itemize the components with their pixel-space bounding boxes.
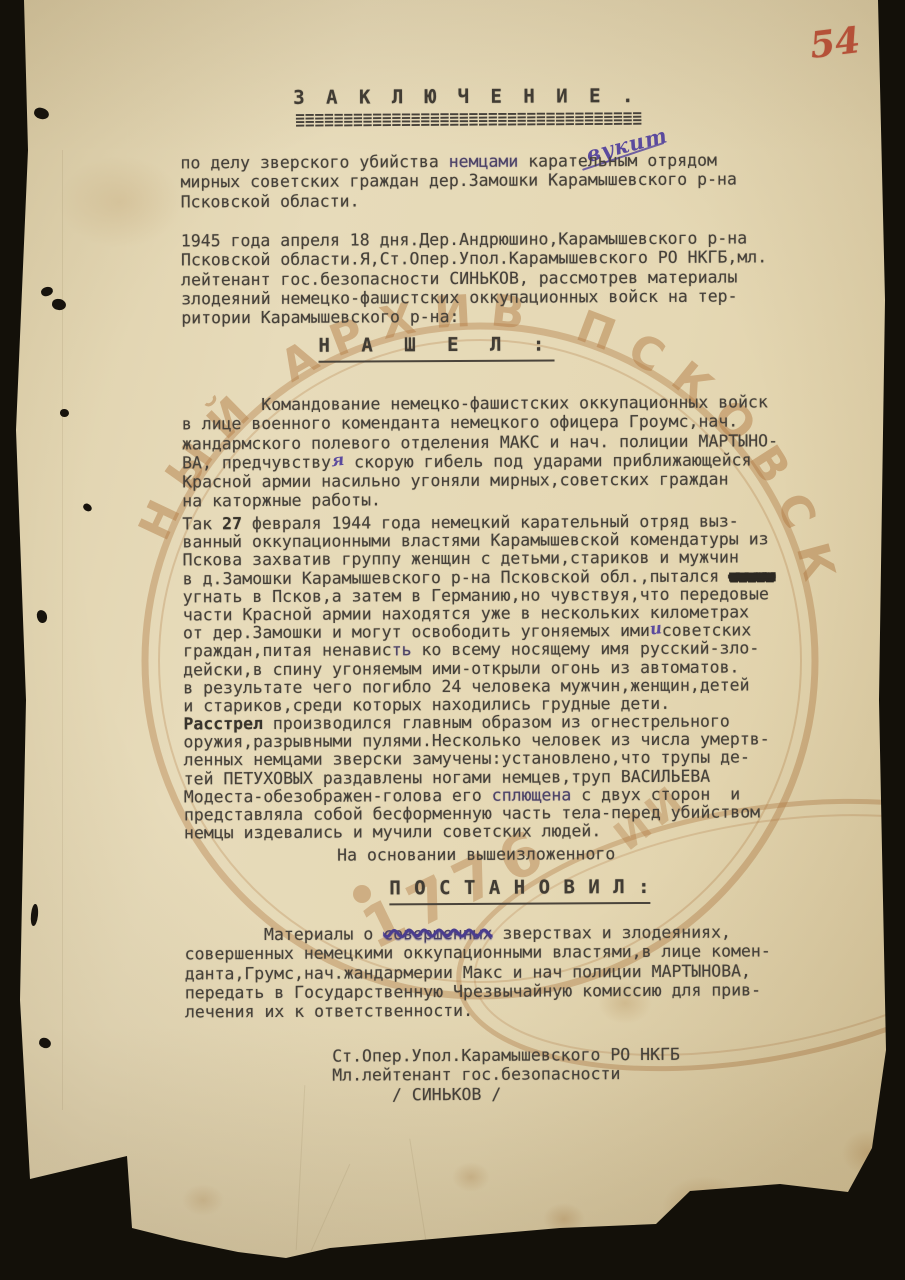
- text-line: злодеяний немецко-фашистских оккупационн…: [181, 286, 767, 308]
- ink-correction: я: [330, 450, 345, 471]
- typewritten-text-layer: З А К Л Ю Ч Е Н И Е . ==================…: [0, 0, 905, 1280]
- emphasized-text: Расстрел: [183, 714, 263, 733]
- paragraph-findings-1: Командование немецко-фашистских оккупаци…: [182, 392, 779, 511]
- text-line: совершенных немецкими оккупационными вла…: [185, 942, 771, 964]
- ink-correction: и: [649, 619, 663, 639]
- emphasized-text: 27: [222, 514, 242, 533]
- emphasized-text: немцами: [449, 152, 519, 171]
- text-line: Псковской области.Я,Ст.Опер.Упол.Карамыш…: [181, 248, 767, 270]
- title-underline-row: ====================================: [295, 118, 642, 127]
- text-line: лечения их к ответственности.: [185, 1000, 771, 1022]
- emphasized-text: сплющена: [492, 785, 572, 804]
- title-underline: ==================================== ===…: [295, 111, 642, 127]
- paragraph-preamble: 1945 года апреля 18 дня.Дер.Андрюшино,Ка…: [181, 228, 768, 328]
- signature-block: Ст.Опер.Упол.Карамышевского РО НКГБМл.ле…: [332, 1045, 680, 1105]
- typed-strikeout: шшшшш: [729, 566, 774, 585]
- emphasized-text: ть: [392, 641, 412, 660]
- heading-postanovil: П О С Т А Н О В И Л :: [389, 876, 650, 905]
- text-line: Псковской области.: [181, 189, 737, 211]
- paper-stain: [722, 1202, 774, 1248]
- heading-nashel: Н А Ш Е Л :: [318, 333, 554, 362]
- scanned-document-page: НЫЙ АРХИВ ПСКОВСК 1776 ИИ 54: [0, 0, 905, 1280]
- basis-line: На основании вышеизложенного: [337, 844, 615, 865]
- text-line: немцы издевались и мучили советских люде…: [184, 822, 775, 843]
- text-line: передать в Государственную Чрезвычайную …: [185, 980, 771, 1002]
- text-line: ритории Карамышевского р-на:: [181, 306, 767, 328]
- paragraph-findings-2: Так 27 февраля 1944 года немецкий карате…: [182, 512, 775, 842]
- text-line: на каторжные работы.: [182, 489, 778, 511]
- ink-strikeout: совершенных: [383, 924, 492, 944]
- paper-sheet: НЫЙ АРХИВ ПСКОВСК 1776 ИИ 54: [0, 0, 905, 1280]
- text-line: Красной армии насильно угоняли мирных,со…: [182, 469, 778, 491]
- text-line: в лице военного коменданта немецкого офи…: [182, 412, 778, 434]
- text-line: Ст.Опер.Упол.Карамышевского РО НКГБ: [332, 1045, 680, 1066]
- paragraph-resolution: Материалы о совершенных зверствах и злод…: [184, 922, 771, 1022]
- paragraph-case-subject: по делу зверского убийства немцами карат…: [180, 151, 737, 212]
- text-line: мирных советских граждан дер.Замошки Кар…: [181, 170, 737, 192]
- text-line: Мл.лейтенант гос.безопасности: [332, 1064, 680, 1085]
- text-line: / СИНЬКОВ /: [332, 1083, 680, 1104]
